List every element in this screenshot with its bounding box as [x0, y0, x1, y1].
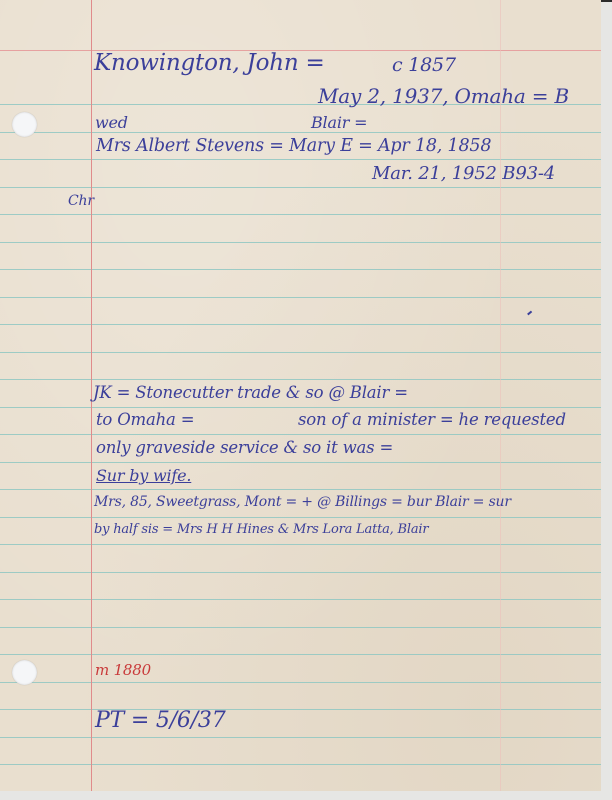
marriage-year-note: m 1880 [95, 661, 151, 679]
notebook-page: Knowington, John = c 1857 May 2, 1937, O… [0, 0, 601, 791]
chr-label: Chr [68, 193, 94, 209]
note-line-2: to Omaha = [96, 410, 194, 429]
note-line-6: Mrs, 85, Sweetgrass, Mont = + @ Billings… [94, 494, 511, 510]
note-line-1: JK = Stonecutter trade & so @ Blair = [93, 383, 408, 402]
note-line-4: only graveside service & so it was = [96, 438, 393, 457]
left-margin-line [91, 0, 92, 791]
stray-pen-mark [527, 311, 532, 315]
footer-source-note: PT = 5/6/37 [95, 708, 226, 733]
birth-date: c 1857 [392, 54, 456, 76]
punch-hole-top [12, 112, 37, 137]
name-line: Knowington, John = [94, 50, 325, 76]
note-line-3: son of a minister = he requested [298, 410, 566, 429]
punch-hole-bottom [12, 660, 37, 685]
note-line-5: Sur by wife. [96, 466, 191, 485]
wed-label: wed [95, 113, 128, 132]
death-date: May 2, 1937, Omaha = B [318, 84, 569, 108]
wife-line: Mrs Albert Stevens = Mary E = Apr 18, 18… [96, 136, 491, 156]
note-line-7: by half sis = Mrs H H Hines & Mrs Lora L… [94, 522, 428, 537]
wife-death: Mar. 21, 1952 B93-4 [372, 163, 555, 184]
right-margin-line [500, 0, 501, 791]
wife-birthplace: Blair = [311, 113, 367, 132]
